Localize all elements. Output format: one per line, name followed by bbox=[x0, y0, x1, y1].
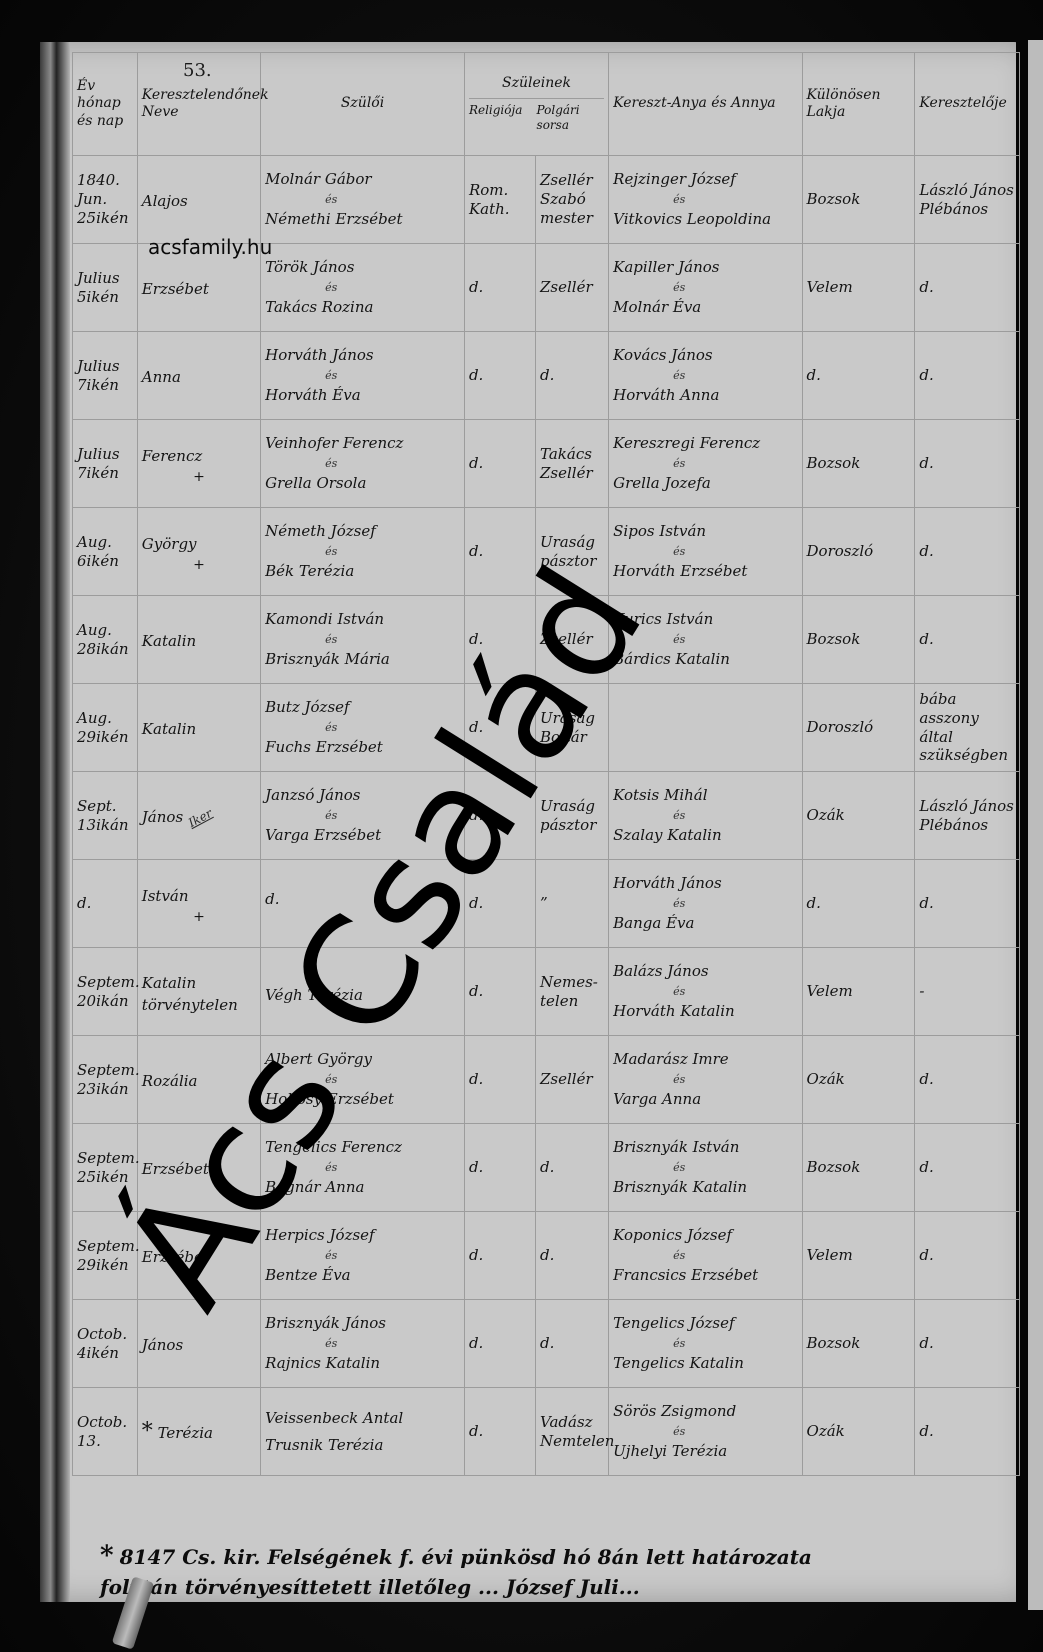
godfather-name: Madarász Imre bbox=[613, 1050, 797, 1069]
register-entry-row: Julius 7ikén Ferencz + Veinhofer Ferencz… bbox=[73, 420, 1020, 508]
child-name-text: Ferencz bbox=[142, 447, 202, 465]
entry-status: d. bbox=[536, 1300, 609, 1388]
entry-religion: d. bbox=[464, 332, 535, 420]
entry-religion: d. bbox=[464, 1388, 535, 1476]
mother-name: Rajnics Katalin bbox=[265, 1354, 460, 1373]
header-religion: Religiója bbox=[469, 103, 537, 133]
footnote-line-2: folytán törvényesíttetett illetőleg ... … bbox=[100, 1574, 1000, 1600]
entry-status: d. bbox=[536, 332, 609, 420]
entry-godparents bbox=[609, 684, 802, 772]
and-word: és bbox=[613, 1337, 797, 1351]
godfather-name: Brisznyák István bbox=[613, 1138, 797, 1157]
child-name-text: Katalin bbox=[142, 632, 196, 650]
godmother-name: Varga Anna bbox=[613, 1090, 797, 1109]
entry-child-name: * Terézia bbox=[137, 1388, 260, 1476]
entry-star-icon: * bbox=[142, 1419, 153, 1444]
father-name: Veissenbeck Antal bbox=[265, 1409, 460, 1428]
and-word: és bbox=[613, 1073, 797, 1087]
godfather-name: Sipos István bbox=[613, 522, 797, 541]
father-name: Veinhofer Ferencz bbox=[265, 434, 460, 453]
entry-religion: d. bbox=[464, 1036, 535, 1124]
entry-child-name: Katalin bbox=[137, 596, 260, 684]
entry-godparents: Kovács János és Horváth Anna bbox=[609, 332, 802, 420]
entry-residence: Bozsok bbox=[802, 156, 915, 244]
entry-status: Vadász Nemtelen bbox=[536, 1388, 609, 1476]
godmother-name: Horváth Katalin bbox=[613, 1002, 797, 1021]
godmother-name: Molnár Éva bbox=[613, 298, 797, 317]
child-annotation: Iker bbox=[186, 806, 215, 831]
entry-godparents: Brisznyák István és Brisznyák Katalin bbox=[609, 1124, 802, 1212]
entry-residence: Bozsok bbox=[802, 1300, 915, 1388]
child-name-text: Katalin törvénytelen bbox=[142, 974, 238, 1014]
mother-name: Bék Terézia bbox=[265, 562, 460, 581]
entry-status: d. bbox=[536, 1212, 609, 1300]
entry-priest: László János Plébános bbox=[915, 156, 1020, 244]
entry-residence: Ozák bbox=[802, 772, 915, 860]
entry-godparents: Kapiller János és Molnár Éva bbox=[609, 244, 802, 332]
register-entry-row: d. István + d. d. ” Horváth János és Ban… bbox=[73, 860, 1020, 948]
register-entry-row: Julius 7ikén Anna Horváth János és Horvá… bbox=[73, 332, 1020, 420]
father-name: Németh József bbox=[265, 522, 460, 541]
entry-residence: Velem bbox=[802, 244, 915, 332]
register-entry-row: Octob. 13. * Terézia Veissenbeck Antal T… bbox=[73, 1388, 1020, 1476]
entry-godparents: Madarász Imre és Varga Anna bbox=[609, 1036, 802, 1124]
header-group-label: Szüleinek bbox=[469, 75, 604, 100]
and-word: és bbox=[613, 897, 797, 911]
entry-date: Julius 7ikén bbox=[73, 332, 138, 420]
entry-priest: d. bbox=[915, 596, 1020, 684]
and-word: és bbox=[265, 1337, 460, 1351]
entry-religion: d. bbox=[464, 948, 535, 1036]
entry-godparents: Kotsis Mihál és Szalay Katalin bbox=[609, 772, 802, 860]
mother-name: Takács Rozina bbox=[265, 298, 460, 317]
and-word: és bbox=[613, 369, 797, 383]
footnote-star-icon: * bbox=[100, 1541, 114, 1571]
father-name: Molnár Gábor bbox=[265, 170, 460, 189]
child-name-text: János bbox=[142, 1336, 183, 1354]
entry-status: Nemes-telen bbox=[536, 948, 609, 1036]
and-word: és bbox=[613, 809, 797, 823]
entry-godparents: Koponics József és Francsics Erzsébet bbox=[609, 1212, 802, 1300]
entry-child-name: Ferencz + bbox=[137, 420, 260, 508]
death-cross-icon: + bbox=[142, 909, 256, 927]
header-godparents: Kereszt-Anya és Annya bbox=[609, 53, 802, 156]
entry-priest: d. bbox=[915, 1124, 1020, 1212]
entry-date: Julius 7ikén bbox=[73, 420, 138, 508]
and-word: és bbox=[265, 193, 460, 207]
entry-date: Aug. 28ikán bbox=[73, 596, 138, 684]
entry-residence: Doroszló bbox=[802, 508, 915, 596]
and-word: és bbox=[613, 457, 797, 471]
entry-residence: Ozák bbox=[802, 1388, 915, 1476]
entry-status: Takács Zsellér bbox=[536, 420, 609, 508]
header-status: Polgári sorsa bbox=[537, 103, 605, 133]
death-cross-icon: + bbox=[142, 469, 256, 487]
godmother-name: Szalay Katalin bbox=[613, 826, 797, 845]
entry-priest: d. bbox=[915, 332, 1020, 420]
father-name: Török János bbox=[265, 258, 460, 277]
entry-child-name: Anna bbox=[137, 332, 260, 420]
mother-name: Brisznyák Mária bbox=[265, 650, 460, 669]
entry-date: Sept. 13ikán bbox=[73, 772, 138, 860]
entry-child-name: Katalin bbox=[137, 684, 260, 772]
page-number: 53. bbox=[183, 60, 212, 81]
entry-date: Aug. 6ikén bbox=[73, 508, 138, 596]
adjacent-page-edge bbox=[1028, 40, 1043, 1610]
entry-priest: d. bbox=[915, 1036, 1020, 1124]
and-word: és bbox=[613, 193, 797, 207]
child-name-text: Erzsébet bbox=[142, 280, 209, 298]
register-entry-row: 1840. Jun. 25ikén Alajos Molnár Gábor és… bbox=[73, 156, 1020, 244]
godfather-name: Tengelics József bbox=[613, 1314, 797, 1333]
godfather-name: Kotsis Mihál bbox=[613, 786, 797, 805]
entry-status: Zsellér bbox=[536, 1036, 609, 1124]
entry-religion: d. bbox=[464, 244, 535, 332]
entry-child-name: György + bbox=[137, 508, 260, 596]
entry-date: Julius 5ikén bbox=[73, 244, 138, 332]
entry-religion: Rom. Kath. bbox=[464, 156, 535, 244]
godmother-name: Grella Jozefa bbox=[613, 474, 797, 493]
entry-godparents: Kereszregi Ferencz és Grella Jozefa bbox=[609, 420, 802, 508]
father-name: Brisznyák János bbox=[265, 1314, 460, 1333]
godfather-name: Horváth János bbox=[613, 874, 797, 893]
godmother-name: Banga Éva bbox=[613, 914, 797, 933]
child-name-text: István bbox=[142, 887, 189, 905]
entry-parents: Veinhofer Ferencz és Grella Orsola bbox=[261, 420, 465, 508]
child-name-text: Katalin bbox=[142, 720, 196, 738]
and-word: és bbox=[613, 1161, 797, 1175]
and-word: és bbox=[265, 1249, 460, 1263]
and-word: és bbox=[265, 457, 460, 471]
header-row: Év hónap és nap Keresztelendőnek Neve Sz… bbox=[73, 53, 1020, 156]
and-word: és bbox=[265, 545, 460, 559]
godfather-name: Rejzinger József bbox=[613, 170, 797, 189]
and-word: és bbox=[265, 633, 460, 647]
mother-name: Trusnik Terézia bbox=[265, 1436, 460, 1455]
godfather-name: Sörös Zsigmond bbox=[613, 1402, 797, 1421]
entry-priest: d. bbox=[915, 1388, 1020, 1476]
entry-date: Octob. 4ikén bbox=[73, 1300, 138, 1388]
entry-religion: d. bbox=[464, 420, 535, 508]
father-name: Kamondi István bbox=[265, 610, 460, 629]
entry-residence: Bozsok bbox=[802, 596, 915, 684]
entry-residence: Bozsok bbox=[802, 1124, 915, 1212]
entry-priest: d. bbox=[915, 244, 1020, 332]
godmother-name: Tengelics Katalin bbox=[613, 1354, 797, 1373]
header-residence: Különösen Lakja bbox=[802, 53, 915, 156]
child-name-text: Alajos bbox=[142, 192, 188, 210]
entry-residence: Velem bbox=[802, 948, 915, 1036]
entry-date: Septem. 23ikán bbox=[73, 1036, 138, 1124]
child-name-text: János bbox=[142, 808, 183, 826]
entry-religion: d. bbox=[464, 1212, 535, 1300]
entry-godparents: Balázs János és Horváth Katalin bbox=[609, 948, 802, 1036]
entry-residence: Doroszló bbox=[802, 684, 915, 772]
watermark-url: acsfamily.hu bbox=[148, 235, 272, 259]
father-name: Horváth János bbox=[265, 346, 460, 365]
entry-status: d. bbox=[536, 1124, 609, 1212]
and-word: és bbox=[265, 369, 460, 383]
entry-residence: Bozsok bbox=[802, 420, 915, 508]
entry-residence: Velem bbox=[802, 1212, 915, 1300]
and-word: és bbox=[613, 1249, 797, 1263]
header-priest: Keresztelője bbox=[915, 53, 1020, 156]
and-word: és bbox=[613, 1425, 797, 1439]
entry-priest: d. bbox=[915, 860, 1020, 948]
entry-priest: d. bbox=[915, 1300, 1020, 1388]
death-cross-icon: + bbox=[142, 557, 256, 575]
entry-godparents: Sipos István és Horváth Erzsébet bbox=[609, 508, 802, 596]
entry-parents: Horváth János és Horváth Éva bbox=[261, 332, 465, 420]
entry-status: Zsellér bbox=[536, 244, 609, 332]
godfather-name: Kovács János bbox=[613, 346, 797, 365]
child-name-text: Terézia bbox=[158, 1424, 213, 1442]
entry-residence: d. bbox=[802, 860, 915, 948]
entry-priest: bába asszony által szükségben bbox=[915, 684, 1020, 772]
godmother-name: Vitkovics Leopoldina bbox=[613, 210, 797, 229]
entry-child-name: János Iker bbox=[137, 772, 260, 860]
and-word: és bbox=[613, 281, 797, 295]
entry-child-name: Alajos bbox=[137, 156, 260, 244]
register-entry-row: Septem. 20ikán Katalin törvénytelen Végh… bbox=[73, 948, 1020, 1036]
godfather-name: Kereszregi Ferencz bbox=[613, 434, 797, 453]
godmother-name: Ujhelyi Terézia bbox=[613, 1442, 797, 1461]
godmother-name: Francsics Erzsébet bbox=[613, 1266, 797, 1285]
entry-parents: Brisznyák János és Rajnics Katalin bbox=[261, 1300, 465, 1388]
footnote-line-1: 8147 Cs. kir. Felségének f. évi pünkösd … bbox=[120, 1545, 812, 1569]
and-word: és bbox=[265, 281, 460, 295]
godmother-name: Horváth Anna bbox=[613, 386, 797, 405]
entry-date: d. bbox=[73, 860, 138, 948]
and-word: és bbox=[613, 545, 797, 559]
header-parents-group: Szüleinek Religiója Polgári sorsa bbox=[464, 53, 608, 156]
entry-residence: d. bbox=[802, 332, 915, 420]
entry-date: 1840. Jun. 25ikén bbox=[73, 156, 138, 244]
entry-child-name: István + bbox=[137, 860, 260, 948]
entry-parents: Veissenbeck Antal Trusnik Terézia bbox=[261, 1388, 465, 1476]
entry-parents: Kamondi István és Brisznyák Mária bbox=[261, 596, 465, 684]
mother-name: Horváth Éva bbox=[265, 386, 460, 405]
godmother-name: Brisznyák Katalin bbox=[613, 1178, 797, 1197]
entry-godparents: Rejzinger József és Vitkovics Leopoldina bbox=[609, 156, 802, 244]
mother-name: Bentze Éva bbox=[265, 1266, 460, 1285]
godmother-name: Horváth Erzsébet bbox=[613, 562, 797, 581]
and-word: és bbox=[613, 985, 797, 999]
godfather-name: Koponics József bbox=[613, 1226, 797, 1245]
header-parents: Szülői bbox=[261, 53, 465, 156]
entry-religion: d. bbox=[464, 1300, 535, 1388]
entry-priest: d. bbox=[915, 420, 1020, 508]
entry-priest: László János Plébános bbox=[915, 772, 1020, 860]
entry-residence: Ozák bbox=[802, 1036, 915, 1124]
mother-name: Némethi Erzsébet bbox=[265, 210, 460, 229]
entry-godparents: Tengelics József és Tengelics Katalin bbox=[609, 1300, 802, 1388]
header-date: Év hónap és nap bbox=[73, 53, 138, 156]
entry-date: Aug. 29ikén bbox=[73, 684, 138, 772]
mother-name: Grella Orsola bbox=[265, 474, 460, 493]
footnote: *8147 Cs. kir. Felségének f. évi pünkösd… bbox=[100, 1540, 1000, 1600]
entry-date: Septem. 20ikán bbox=[73, 948, 138, 1036]
book-binding bbox=[40, 42, 70, 1602]
entry-priest: d. bbox=[915, 1212, 1020, 1300]
child-name-text: Anna bbox=[142, 368, 181, 386]
entry-religion: d. bbox=[464, 1124, 535, 1212]
entry-priest: - bbox=[915, 948, 1020, 1036]
child-name-text: György bbox=[142, 535, 197, 553]
entry-date: Octob. 13. bbox=[73, 1388, 138, 1476]
entry-parents: Németh József és Bék Terézia bbox=[261, 508, 465, 596]
entry-parents: Török János és Takács Rozina bbox=[261, 244, 465, 332]
godfather-name: Kapiller János bbox=[613, 258, 797, 277]
entry-parents: Molnár Gábor és Némethi Erzsébet bbox=[261, 156, 465, 244]
entry-priest: d. bbox=[915, 508, 1020, 596]
entry-godparents: Sörös Zsigmond és Ujhelyi Terézia bbox=[609, 1388, 802, 1476]
entry-status: ” bbox=[536, 860, 609, 948]
entry-godparents: Horváth János és Banga Éva bbox=[609, 860, 802, 948]
godfather-name: Balázs János bbox=[613, 962, 797, 981]
entry-status: Zsellér Szabó mester bbox=[536, 156, 609, 244]
